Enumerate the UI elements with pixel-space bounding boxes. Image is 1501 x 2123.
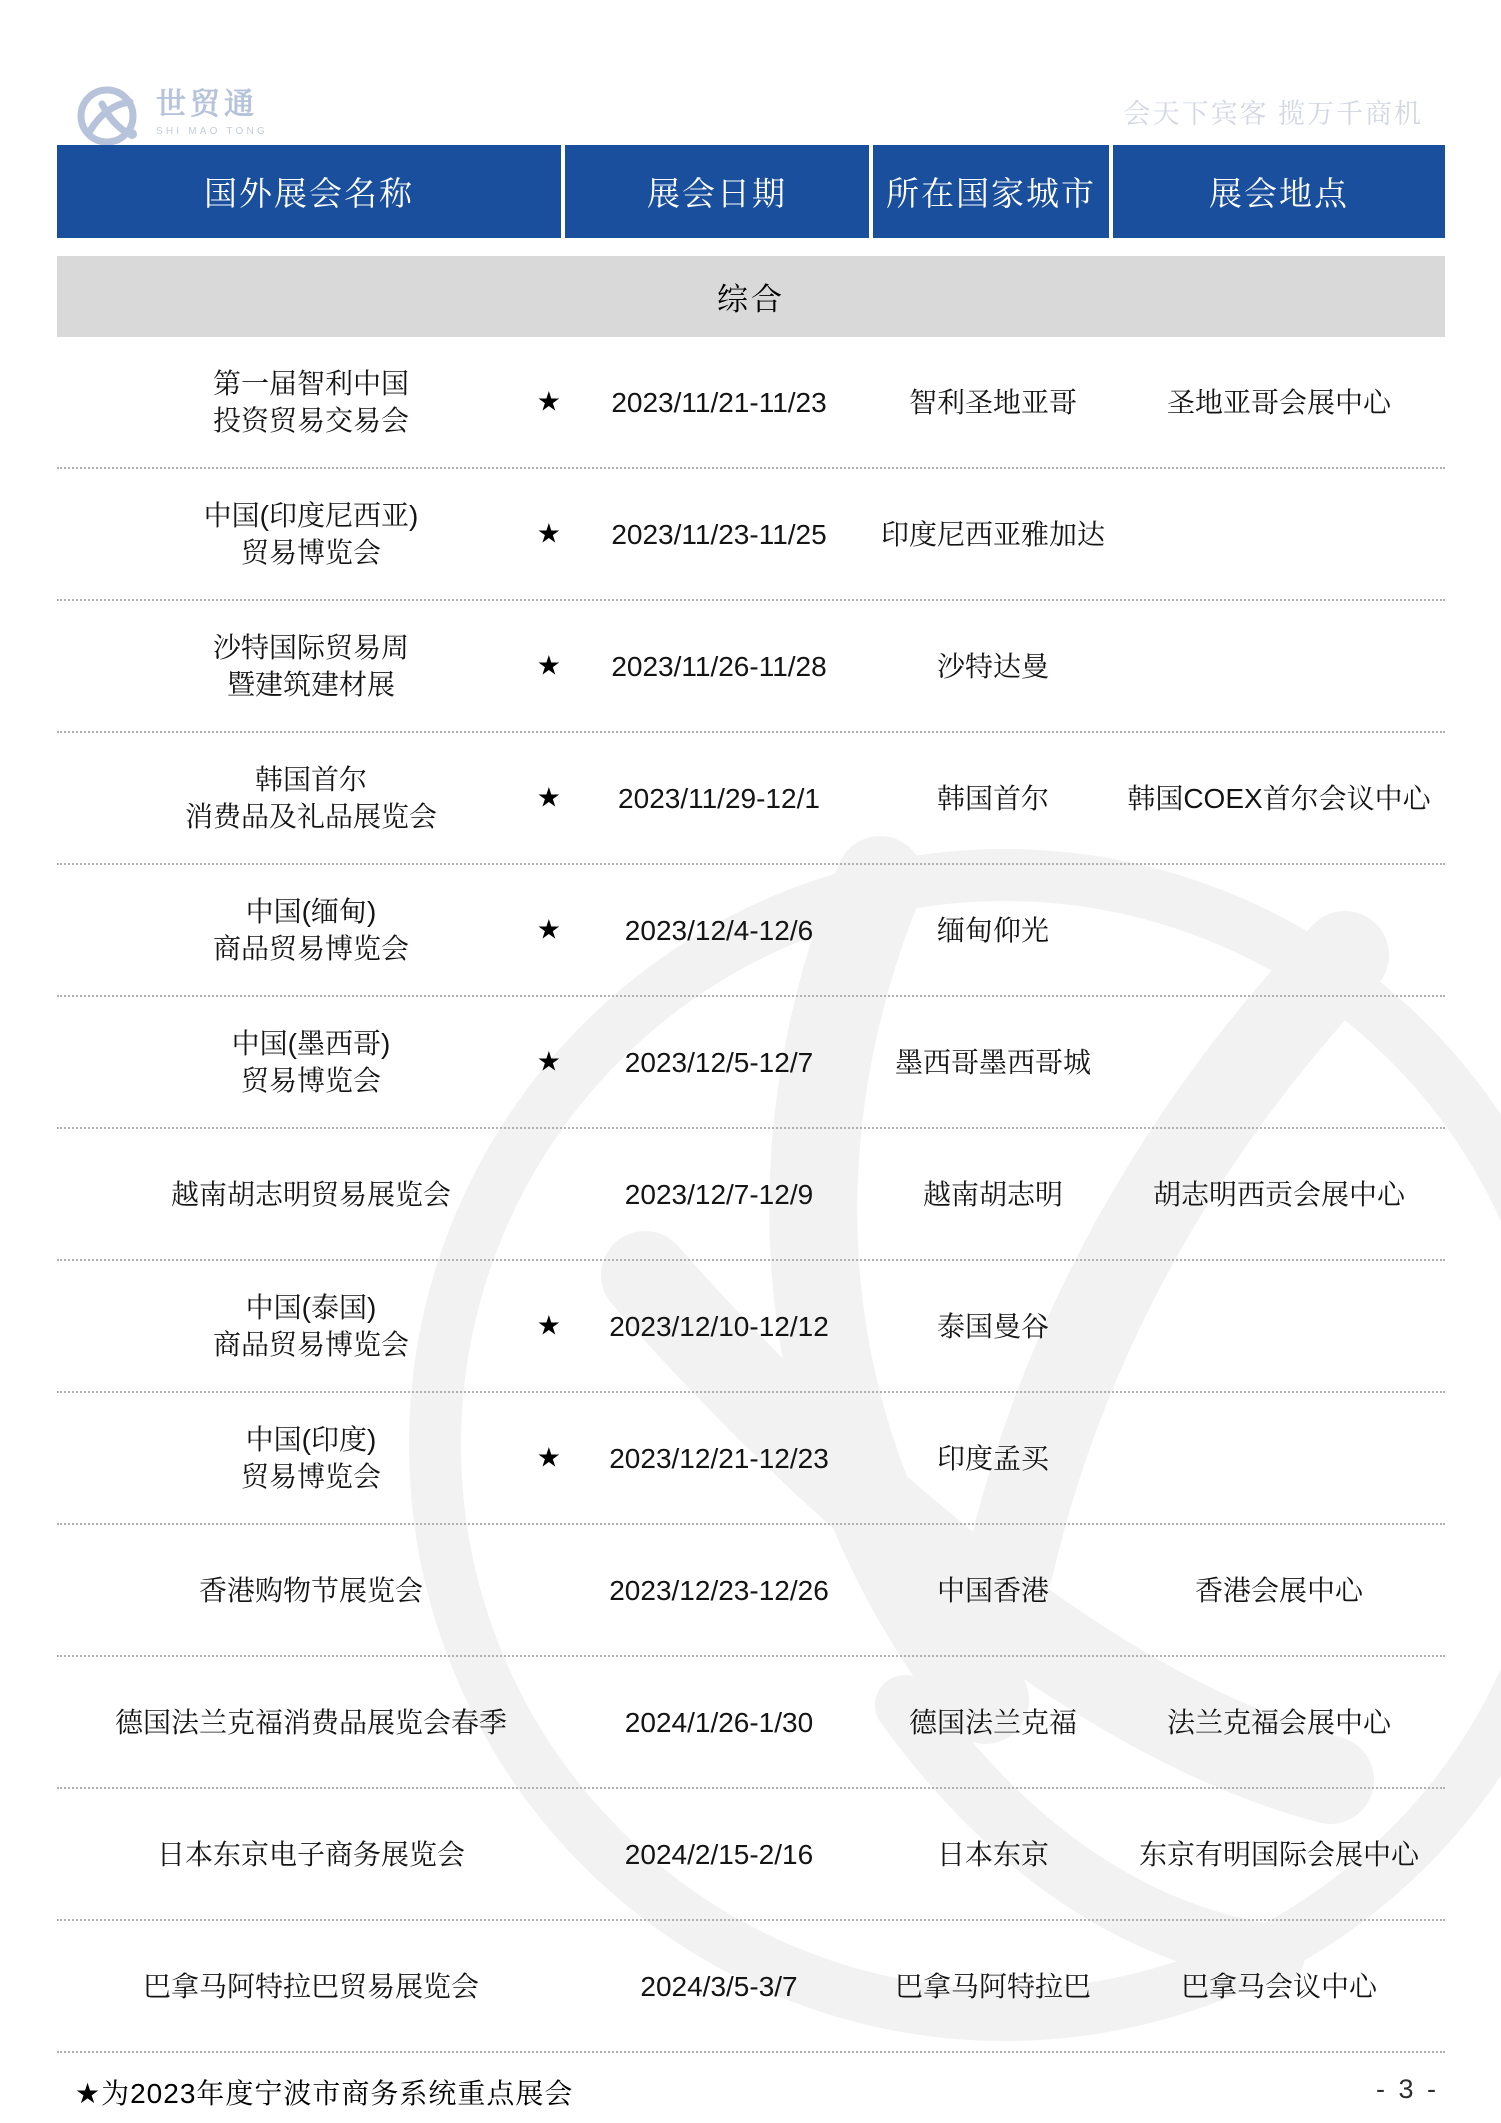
exhibition-name-cell: 中国(印度)贸易博览会 ★ <box>57 1393 565 1523</box>
table-body: 第一届智利中国投资贸易交易会 ★ 2023/11/21-11/23 智利圣地亚哥… <box>57 337 1445 2053</box>
exhibition-city: 缅甸仰光 <box>873 865 1113 995</box>
logo-mark-icon <box>74 84 146 148</box>
exhibition-venue <box>1113 1261 1445 1391</box>
exhibition-city: 印度孟买 <box>873 1393 1113 1523</box>
footnote: ★为2023年度宁波市商务系统重点展会 <box>75 2072 573 2112</box>
table-row: 沙特国际贸易周暨建筑建材展 ★ 2023/11/26-11/28 沙特达曼 <box>57 601 1445 733</box>
table-row: 中国(印度尼西亚)贸易博览会 ★ 2023/11/23-11/25 印度尼西亚雅… <box>57 469 1445 601</box>
key-exhibition-star-icon: ★ <box>537 653 561 680</box>
exhibition-name: 中国(缅甸)商品贸易博览会 <box>213 893 409 967</box>
exhibition-name-cell: 德国法兰克福消费品展览会春季 ★ <box>57 1657 565 1787</box>
table-row: 中国(墨西哥)贸易博览会 ★ 2023/12/5-12/7 墨西哥墨西哥城 <box>57 997 1445 1129</box>
header-country-city: 所在国家城市 <box>873 145 1113 238</box>
key-exhibition-star-icon: ★ <box>537 521 561 548</box>
exhibition-venue <box>1113 865 1445 995</box>
exhibition-date: 2023/12/21-12/23 <box>565 1393 873 1523</box>
exhibition-venue: 法兰克福会展中心 <box>1113 1657 1445 1787</box>
key-exhibition-star-icon: ★ <box>537 389 561 416</box>
key-exhibition-star-icon: ★ <box>537 917 561 944</box>
key-exhibition-star-icon: ★ <box>537 1445 561 1472</box>
exhibition-venue: 香港会展中心 <box>1113 1525 1445 1655</box>
page-number: - 3 - <box>1376 2074 1439 2105</box>
exhibition-venue: 胡志明西贡会展中心 <box>1113 1129 1445 1259</box>
exhibition-name: 中国(墨西哥)贸易博览会 <box>232 1025 391 1099</box>
tagline: 会天下宾客 揽万千商机 <box>1123 92 1423 131</box>
exhibition-venue: 巴拿马会议中心 <box>1113 1921 1445 2051</box>
table-row: 巴拿马阿特拉巴贸易展览会 ★ 2024/3/5-3/7 巴拿马阿特拉巴 巴拿马会… <box>57 1921 1445 2053</box>
table-row: 韩国首尔消费品及礼品展览会 ★ 2023/11/29-12/1 韩国首尔 韩国C… <box>57 733 1445 865</box>
table-row: 日本东京电子商务展览会 ★ 2024/2/15-2/16 日本东京 东京有明国际… <box>57 1789 1445 1921</box>
exhibition-date: 2024/1/26-1/30 <box>565 1657 873 1787</box>
exhibition-name: 日本东京电子商务展览会 <box>157 1836 465 1873</box>
table-row: 中国(缅甸)商品贸易博览会 ★ 2023/12/4-12/6 缅甸仰光 <box>57 865 1445 997</box>
exhibition-city: 巴拿马阿特拉巴 <box>873 1921 1113 2051</box>
exhibition-name: 中国(印度尼西亚)贸易博览会 <box>204 497 419 571</box>
exhibition-venue: 韩国COEX首尔会议中心 <box>1113 733 1445 863</box>
exhibition-date: 2023/12/5-12/7 <box>565 997 873 1127</box>
exhibition-city: 中国香港 <box>873 1525 1113 1655</box>
header-exhibition-name: 国外展会名称 <box>57 145 565 238</box>
exhibition-name-cell: 日本东京电子商务展览会 ★ <box>57 1789 565 1919</box>
exhibition-city: 韩国首尔 <box>873 733 1113 863</box>
exhibition-name-cell: 中国(墨西哥)贸易博览会 ★ <box>57 997 565 1127</box>
exhibition-city: 越南胡志明 <box>873 1129 1113 1259</box>
exhibition-name-cell: 中国(印度尼西亚)贸易博览会 ★ <box>57 469 565 599</box>
exhibition-venue: 圣地亚哥会展中心 <box>1113 337 1445 467</box>
exhibition-date: 2023/11/29-12/1 <box>565 733 873 863</box>
exhibition-venue: 东京有明国际会展中心 <box>1113 1789 1445 1919</box>
header-exhibition-date: 展会日期 <box>565 145 873 238</box>
exhibition-name: 德国法兰克福消费品展览会春季 <box>115 1704 507 1741</box>
section-title: 综合 <box>717 274 785 319</box>
table-row: 第一届智利中国投资贸易交易会 ★ 2023/11/21-11/23 智利圣地亚哥… <box>57 337 1445 469</box>
exhibition-name: 沙特国际贸易周暨建筑建材展 <box>213 629 409 703</box>
table-row: 德国法兰克福消费品展览会春季 ★ 2024/1/26-1/30 德国法兰克福 法… <box>57 1657 1445 1789</box>
exhibition-name: 韩国首尔消费品及礼品展览会 <box>185 761 437 835</box>
exhibition-date: 2023/11/21-11/23 <box>565 337 873 467</box>
exhibition-name-cell: 巴拿马阿特拉巴贸易展览会 ★ <box>57 1921 565 2051</box>
exhibition-name-cell: 香港购物节展览会 ★ <box>57 1525 565 1655</box>
key-exhibition-star-icon: ★ <box>537 785 561 812</box>
table-row: 香港购物节展览会 ★ 2023/12/23-12/26 中国香港 香港会展中心 <box>57 1525 1445 1657</box>
exhibition-date: 2024/3/5-3/7 <box>565 1921 873 2051</box>
exhibition-date: 2023/11/23-11/25 <box>565 469 873 599</box>
exhibition-city: 德国法兰克福 <box>873 1657 1113 1787</box>
exhibition-name-cell: 第一届智利中国投资贸易交易会 ★ <box>57 337 565 467</box>
exhibition-date: 2024/2/15-2/16 <box>565 1789 873 1919</box>
exhibition-city: 泰国曼谷 <box>873 1261 1113 1391</box>
exhibition-name-cell: 中国(缅甸)商品贸易博览会 ★ <box>57 865 565 995</box>
exhibition-date: 2023/12/23-12/26 <box>565 1525 873 1655</box>
logo: 世贸通 SHI MAO TONG <box>74 84 268 148</box>
exhibition-date: 2023/12/4-12/6 <box>565 865 873 995</box>
document-page: 世贸通 SHI MAO TONG 会天下宾客 揽万千商机 国外展会名称 展会日期… <box>0 0 1501 2123</box>
exhibition-venue <box>1113 469 1445 599</box>
exhibition-name: 香港购物节展览会 <box>199 1572 423 1609</box>
exhibition-name: 巴拿马阿特拉巴贸易展览会 <box>143 1968 479 2005</box>
table-row: 中国(泰国)商品贸易博览会 ★ 2023/12/10-12/12 泰国曼谷 <box>57 1261 1445 1393</box>
logo-text-en: SHI MAO TONG <box>156 127 268 137</box>
exhibition-name-cell: 越南胡志明贸易展览会 ★ <box>57 1129 565 1259</box>
exhibition-name: 第一届智利中国投资贸易交易会 <box>213 365 409 439</box>
exhibition-venue <box>1113 997 1445 1127</box>
exhibition-date: 2023/12/10-12/12 <box>565 1261 873 1391</box>
exhibition-city: 沙特达曼 <box>873 601 1113 731</box>
exhibition-venue <box>1113 1393 1445 1523</box>
exhibition-date: 2023/12/7-12/9 <box>565 1129 873 1259</box>
exhibition-name-cell: 韩国首尔消费品及礼品展览会 ★ <box>57 733 565 863</box>
exhibition-city: 日本东京 <box>873 1789 1113 1919</box>
header-venue: 展会地点 <box>1113 145 1445 238</box>
table-header: 国外展会名称 展会日期 所在国家城市 展会地点 <box>57 145 1445 238</box>
key-exhibition-star-icon: ★ <box>537 1313 561 1340</box>
exhibition-name-cell: 中国(泰国)商品贸易博览会 ★ <box>57 1261 565 1391</box>
table-row: 中国(印度)贸易博览会 ★ 2023/12/21-12/23 印度孟买 <box>57 1393 1445 1525</box>
key-exhibition-star-icon: ★ <box>537 1049 561 1076</box>
table-row: 越南胡志明贸易展览会 ★ 2023/12/7-12/9 越南胡志明 胡志明西贡会… <box>57 1129 1445 1261</box>
exhibition-city: 墨西哥墨西哥城 <box>873 997 1113 1127</box>
exhibition-name: 中国(泰国)商品贸易博览会 <box>213 1289 409 1363</box>
exhibition-name-cell: 沙特国际贸易周暨建筑建材展 ★ <box>57 601 565 731</box>
exhibition-date: 2023/11/26-11/28 <box>565 601 873 731</box>
logo-text-cn: 世贸通 <box>156 90 268 120</box>
exhibition-name: 越南胡志明贸易展览会 <box>171 1176 451 1213</box>
exhibition-venue <box>1113 601 1445 731</box>
exhibition-name: 中国(印度)贸易博览会 <box>241 1421 381 1495</box>
section-bar: 综合 <box>57 256 1445 337</box>
exhibition-city: 智利圣地亚哥 <box>873 337 1113 467</box>
exhibition-city: 印度尼西亚雅加达 <box>873 469 1113 599</box>
